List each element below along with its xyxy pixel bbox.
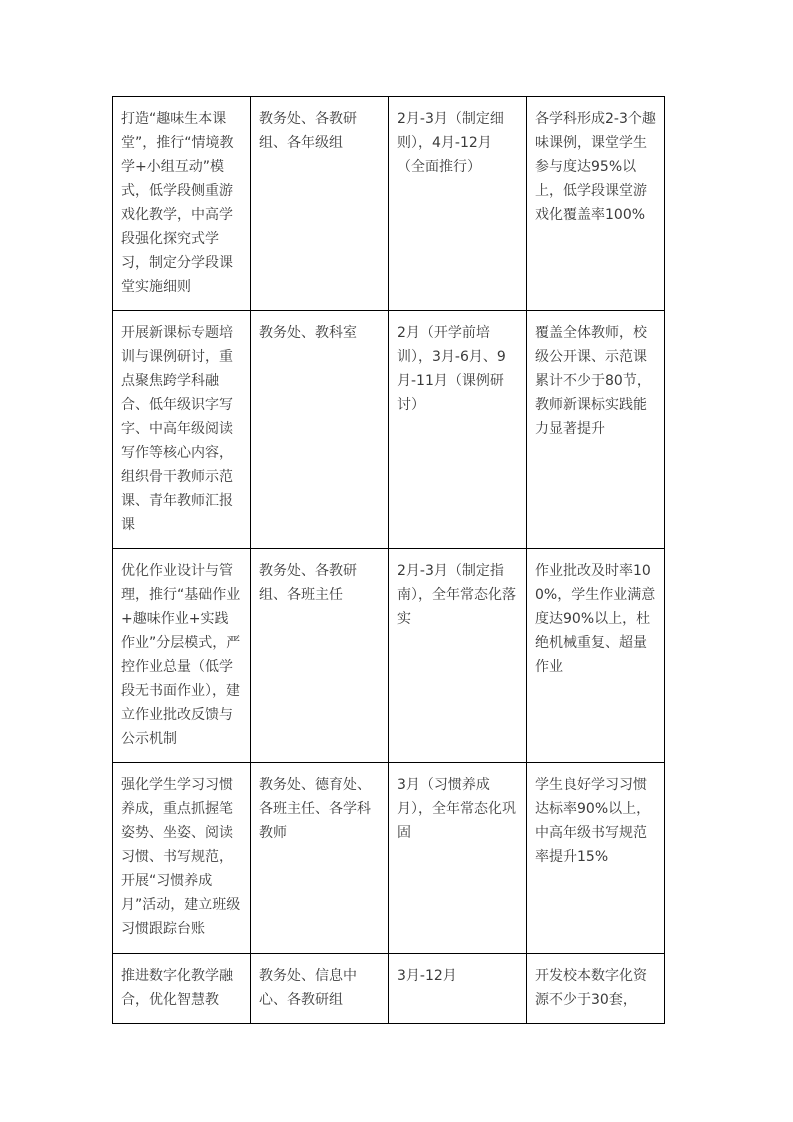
department-cell: 教务处、德育处、各班主任、各学科教师 bbox=[251, 763, 389, 954]
table-row: 推进数字化教学融合，优化智慧教 教务处、信息中心、各教研组 3月-12月 开发校… bbox=[113, 954, 665, 1024]
timeline-cell: 2月-3月（制定细则），4月-12月（全面推行） bbox=[389, 97, 527, 311]
work-plan-table: 打造“趣味生本课堂”，推行“情境教学+小组互动”模式，低学段侧重游戏化教学，中高… bbox=[112, 96, 665, 1024]
timeline-cell: 3月（习惯养成月），全年常态化巩固 bbox=[389, 763, 527, 954]
document-page: 打造“趣味生本课堂”，推行“情境教学+小组互动”模式，低学段侧重游戏化教学，中高… bbox=[0, 0, 793, 1122]
timeline-cell: 3月-12月 bbox=[389, 954, 527, 1024]
measure-cell: 优化作业设计与管理，推行“基础作业+趣味作业+实践作业”分层模式，严控作业总量（… bbox=[113, 549, 251, 763]
measure-cell: 推进数字化教学融合，优化智慧教 bbox=[113, 954, 251, 1024]
target-cell: 覆盖全体教师，校级公开课、示范课累计不少于80节，教师新课标实践能力显著提升 bbox=[527, 311, 665, 549]
target-cell: 各学科形成2-3个趣味课例，课堂学生参与度达95%以上，低学段课堂游戏化覆盖率1… bbox=[527, 97, 665, 311]
table-row: 强化学生学习习惯养成，重点抓握笔姿势、坐姿、阅读习惯、书写规范，开展“习惯养成月… bbox=[113, 763, 665, 954]
department-cell: 教务处、各教研组、各班主任 bbox=[251, 549, 389, 763]
timeline-cell: 2月（开学前培训），3月-6月、9月-11月（课例研讨） bbox=[389, 311, 527, 549]
table-row: 优化作业设计与管理，推行“基础作业+趣味作业+实践作业”分层模式，严控作业总量（… bbox=[113, 549, 665, 763]
table-row: 开展新课标专题培训与课例研讨，重点聚焦跨学科融合、低年级识字写字、中高年级阅读写… bbox=[113, 311, 665, 549]
measure-cell: 打造“趣味生本课堂”，推行“情境教学+小组互动”模式，低学段侧重游戏化教学，中高… bbox=[113, 97, 251, 311]
department-cell: 教务处、各教研组、各年级组 bbox=[251, 97, 389, 311]
target-cell: 开发校本数字化资源不少于30套， bbox=[527, 954, 665, 1024]
department-cell: 教务处、信息中心、各教研组 bbox=[251, 954, 389, 1024]
table-row: 打造“趣味生本课堂”，推行“情境教学+小组互动”模式，低学段侧重游戏化教学，中高… bbox=[113, 97, 665, 311]
measure-cell: 强化学生学习习惯养成，重点抓握笔姿势、坐姿、阅读习惯、书写规范，开展“习惯养成月… bbox=[113, 763, 251, 954]
department-cell: 教务处、教科室 bbox=[251, 311, 389, 549]
target-cell: 学生良好学习习惯达标率90%以上，中高年级书写规范率提升15% bbox=[527, 763, 665, 954]
target-cell: 作业批改及时率100%，学生作业满意度达90%以上，杜绝机械重复、超量作业 bbox=[527, 549, 665, 763]
measure-cell: 开展新课标专题培训与课例研讨，重点聚焦跨学科融合、低年级识字写字、中高年级阅读写… bbox=[113, 311, 251, 549]
timeline-cell: 2月-3月（制定指南），全年常态化落实 bbox=[389, 549, 527, 763]
